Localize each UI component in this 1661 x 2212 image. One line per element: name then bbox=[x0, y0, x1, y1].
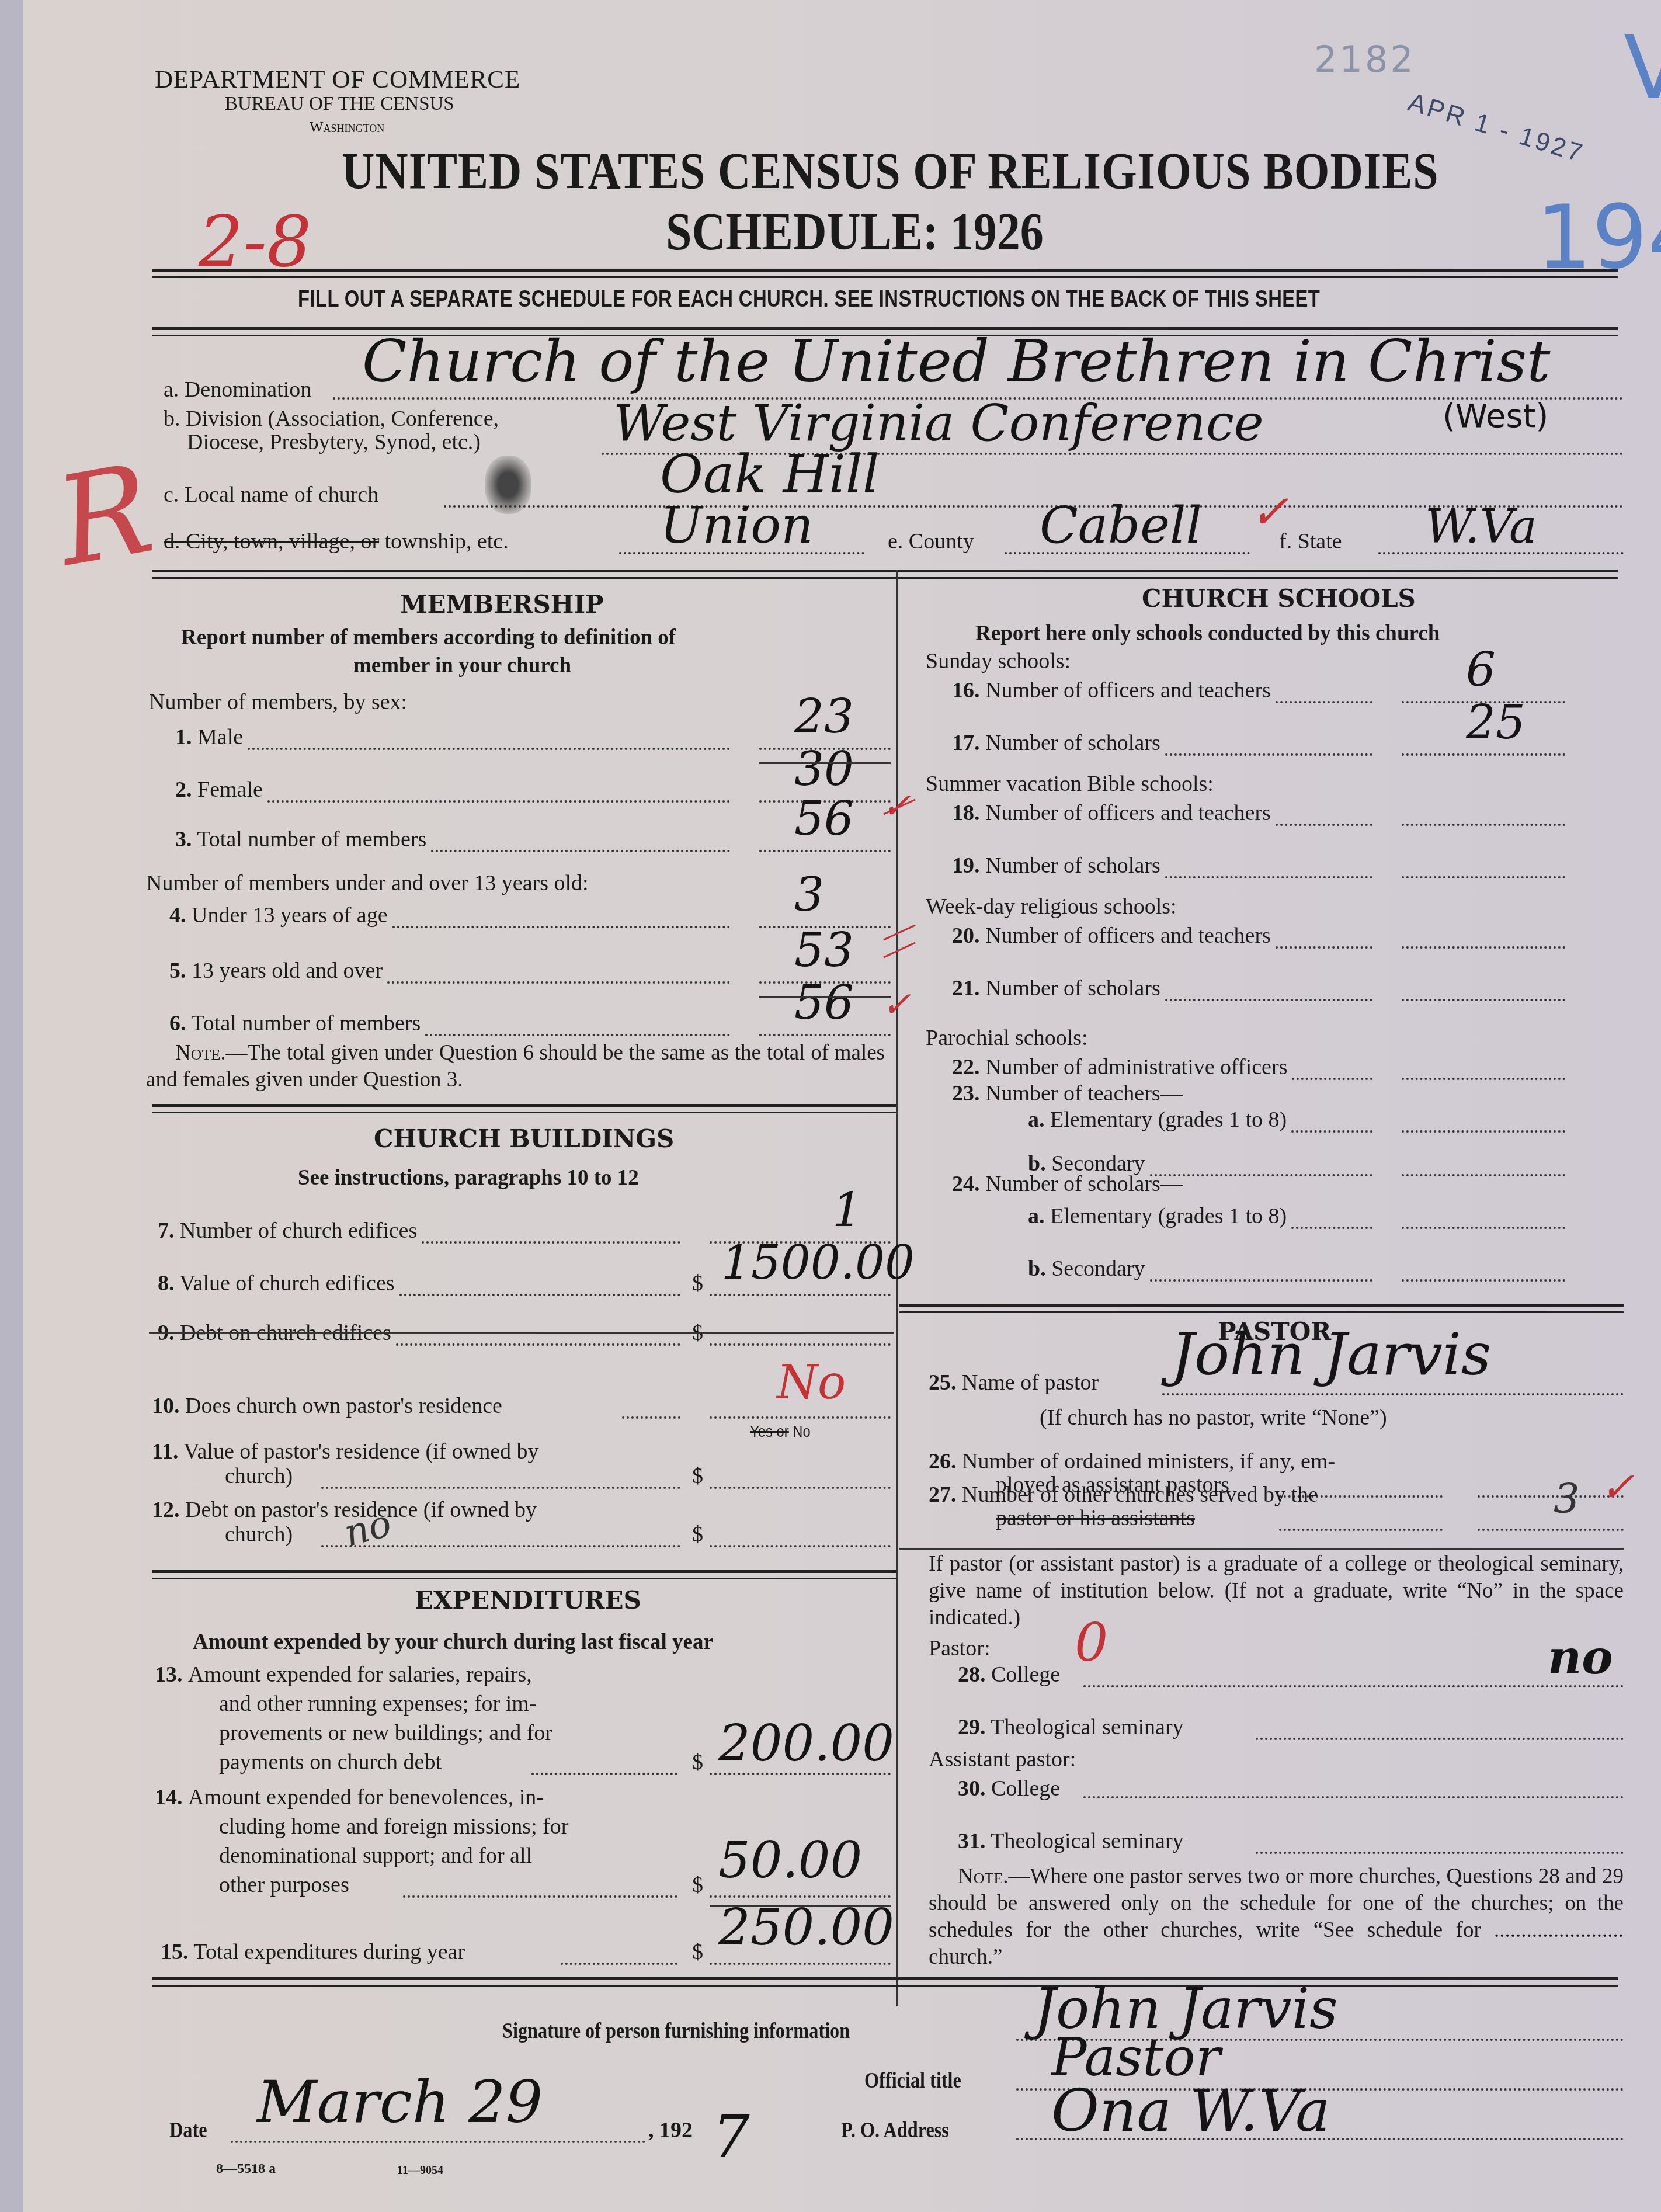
membership-q3-text: Total number of members bbox=[192, 827, 427, 852]
membership-q1-label: 1. Male bbox=[175, 724, 243, 750]
membership-q4-field[interactable]: 3 bbox=[794, 867, 824, 922]
q15-num: 15. bbox=[161, 1940, 189, 1964]
school-q24b-num: b. bbox=[1028, 1256, 1046, 1281]
school-q21-num: 21. bbox=[952, 976, 980, 1001]
membership-note: Note.—The total given under Question 6 s… bbox=[146, 1040, 885, 1093]
q10-hint: Yes or No bbox=[750, 1422, 811, 1441]
form-code: 8—5518 a bbox=[216, 2161, 276, 2177]
school-q16-num: 16. bbox=[952, 678, 980, 703]
q25-text: Name of pastor bbox=[962, 1370, 1099, 1395]
year-field[interactable]: 7 bbox=[713, 2103, 750, 2171]
q11-label-2: church) bbox=[225, 1463, 293, 1489]
school-group-label: Week-day religious schools: bbox=[926, 894, 1177, 919]
school-q16-text: Number of officers and teachers bbox=[980, 678, 1271, 703]
pastor-note-lead: Note. bbox=[958, 1864, 1009, 1888]
membership-q5-text: 13 years old and over bbox=[186, 959, 383, 983]
q11-lead-line bbox=[321, 1487, 680, 1489]
q30-num: 30. bbox=[958, 1776, 986, 1801]
township-label-text: township, etc. bbox=[385, 529, 509, 554]
membership-q2-text: Female bbox=[192, 777, 263, 802]
school-q21-label: 21. Number of scholars bbox=[952, 975, 1160, 1001]
membership-q6-num: 6. bbox=[169, 1011, 186, 1036]
membership-sum-line bbox=[759, 762, 891, 764]
school-q17-label: 17. Number of scholars bbox=[952, 730, 1160, 756]
school-q22-text: Number of administrative officers bbox=[980, 1055, 1288, 1079]
q31-num: 31. bbox=[958, 1829, 986, 1853]
q25-num: 25. bbox=[929, 1370, 957, 1395]
q14-block-line-2: cluding home and foreign missions; for bbox=[219, 1814, 568, 1839]
school-q22-num: 22. bbox=[952, 1055, 980, 1079]
q26-label: 26. Number of ordained ministers, if any… bbox=[929, 1449, 1335, 1474]
q29-num: 29. bbox=[958, 1715, 986, 1739]
q31-text: Theological seminary bbox=[991, 1829, 1183, 1853]
q10-hint-struck: Yes or bbox=[750, 1422, 789, 1440]
school-group-label: Summer vacation Bible schools: bbox=[926, 771, 1214, 797]
q15-text: Total expenditures during year bbox=[193, 1940, 465, 1964]
membership-q4-num: 4. bbox=[169, 903, 186, 928]
membership-q4-label: 4. Under 13 years of age bbox=[169, 902, 388, 928]
buildings-q8-text: Value of church edifices bbox=[175, 1271, 395, 1296]
q15-line bbox=[710, 1963, 891, 1965]
school-q24a-num: a. bbox=[1028, 1204, 1045, 1228]
date-label: Date bbox=[169, 2117, 207, 2143]
buildings-q8-dollar: $ bbox=[692, 1270, 703, 1296]
school-q20-num: 20. bbox=[952, 923, 980, 948]
buildings-q8-num: 8. bbox=[158, 1271, 175, 1296]
q10-text: Does church own pastor's residence bbox=[185, 1394, 502, 1418]
pastor-label: Pastor: bbox=[929, 1635, 991, 1661]
q26-text: Number of ordained ministers, if any, em… bbox=[962, 1449, 1335, 1474]
q15-dollar: $ bbox=[692, 1939, 703, 1965]
q14-line bbox=[710, 1895, 891, 1898]
division-label-2: Diocese, Presbytery, Synod, etc.) bbox=[187, 429, 481, 455]
buildings-bottom-divider bbox=[152, 1570, 896, 1573]
school-q23a-lead-line bbox=[1291, 1130, 1372, 1133]
red-tick-mark bbox=[883, 942, 916, 958]
school-q23b-line bbox=[1402, 1174, 1565, 1176]
signature-label: Signature of person furnishing informati… bbox=[502, 2018, 850, 2044]
q15-lead-line bbox=[561, 1963, 677, 1965]
q30-label: 30. College bbox=[958, 1776, 1060, 1801]
q28-num: 28. bbox=[958, 1662, 986, 1687]
denomination-label: a. Denomination bbox=[164, 377, 311, 402]
q13-field[interactable]: 200.00 bbox=[718, 1714, 894, 1773]
q14-block-num: 14. bbox=[155, 1785, 188, 1810]
school-q24b-label: b. Secondary bbox=[1028, 1256, 1145, 1282]
q10-label: 10. Does church own pastor's residence bbox=[152, 1393, 502, 1419]
footer-divider bbox=[152, 1977, 1618, 1980]
q12-lead-line bbox=[321, 1545, 680, 1547]
membership-q6-lead-line bbox=[425, 1034, 730, 1036]
members-by-age-label: Number of members under and over 13 year… bbox=[146, 870, 589, 896]
school-q19-text: Number of scholars bbox=[980, 853, 1160, 878]
buildings-q7-text: Number of church edifices bbox=[175, 1218, 418, 1243]
membership-heading: MEMBERSHIP bbox=[400, 590, 604, 619]
membership-q5-label: 5. 13 years old and over bbox=[169, 958, 383, 984]
school-q18-lead-line bbox=[1276, 824, 1372, 826]
school-q17-lead-line bbox=[1165, 753, 1372, 756]
school-q24b-line bbox=[1402, 1279, 1565, 1282]
q10-line bbox=[710, 1416, 891, 1419]
membership-q1-field[interactable]: 23 bbox=[794, 689, 854, 744]
school-q17-text: Number of scholars bbox=[980, 731, 1160, 755]
date-field[interactable]: March 29 bbox=[257, 2068, 543, 2136]
school-q18-text: Number of officers and teachers bbox=[980, 801, 1271, 825]
q13-dollar: $ bbox=[692, 1749, 703, 1775]
census-schedule-sheet: DEPARTMENT OF COMMERCE BUREAU OF THE CEN… bbox=[23, 0, 1661, 2212]
q14-block-line-4: other purposes bbox=[219, 1872, 349, 1898]
q13-block-line-4: payments on church debt bbox=[219, 1749, 442, 1775]
bureau-name: BUREAU OF THE CENSUS bbox=[225, 93, 454, 115]
q28-field[interactable]: no bbox=[1548, 1630, 1613, 1685]
q28-text: College bbox=[991, 1662, 1060, 1687]
membership-q2-field[interactable]: 30 bbox=[794, 742, 854, 796]
assistant-pastor-label: Assistant pastor: bbox=[929, 1746, 1076, 1772]
schedule-year: SCHEDULE: 1926 bbox=[666, 202, 1044, 263]
official-title-label: Official title bbox=[864, 2068, 961, 2093]
membership-q2-num: 2. bbox=[175, 777, 192, 802]
schools-divider bbox=[899, 1304, 1624, 1307]
note-text: —The total given under Question 6 should… bbox=[146, 1041, 885, 1092]
blue-handwritten-number: 194 bbox=[1536, 187, 1661, 289]
expenditures-subheading: Amount expended by your church during la… bbox=[193, 1630, 713, 1655]
info-divider bbox=[152, 570, 1618, 572]
township-label-struck: d. City, town, village, or bbox=[164, 529, 379, 554]
membership-q3-field[interactable]: 56 bbox=[794, 791, 854, 846]
po-address-field[interactable]: Ona W.Va bbox=[1051, 2076, 1330, 2145]
pastor-note-text: —Where one pastor serves two or more chu… bbox=[929, 1864, 1624, 1969]
buildings-divider bbox=[149, 1332, 894, 1334]
school-q19-line bbox=[1402, 876, 1565, 878]
membership-q3-num: 3. bbox=[175, 827, 192, 852]
red-r-mark: R bbox=[47, 437, 162, 594]
year-prefix: , 192 bbox=[648, 2117, 693, 2143]
school-q24b-lead-line bbox=[1150, 1279, 1372, 1282]
file-number-stamp: 2182 bbox=[1314, 38, 1416, 81]
school-q21-line bbox=[1402, 999, 1565, 1001]
school-q17-num: 17. bbox=[952, 731, 980, 755]
buildings-q7-num: 7. bbox=[158, 1218, 175, 1243]
membership-q1-lead-line bbox=[248, 748, 730, 750]
buildings-q8-lead-line bbox=[399, 1294, 680, 1296]
parochial-label: Parochial schools: bbox=[926, 1025, 1088, 1051]
blue-check-mark: V bbox=[1624, 18, 1661, 119]
red-check-icon-q27: ✓ bbox=[1600, 1463, 1635, 1511]
school-q20-label: 20. Number of officers and teachers bbox=[952, 923, 1271, 949]
county-label: e. County bbox=[888, 529, 974, 554]
school-q22-lead-line bbox=[1292, 1078, 1372, 1080]
q13-block-num: 13. bbox=[155, 1662, 188, 1687]
buildings-q9-lead-line bbox=[396, 1343, 680, 1346]
state-field[interactable]: W.Va bbox=[1425, 499, 1537, 554]
q14-block-line-3: denominational support; and for all bbox=[219, 1843, 532, 1869]
q11-label: 11. Value of pastor's residence (if owne… bbox=[152, 1439, 539, 1464]
school-q23-label: 23. Number of teachers— bbox=[952, 1081, 1183, 1106]
school-q19-num: 19. bbox=[952, 853, 980, 878]
division-label: b. Division (Association, Conference, bbox=[164, 406, 499, 432]
membership-q6-field[interactable]: 56 bbox=[794, 975, 854, 1030]
school-q18-label: 18. Number of officers and teachers bbox=[952, 800, 1271, 826]
q13-lead-line bbox=[531, 1773, 677, 1775]
church-schools-subheading: Report here only schools conducted by th… bbox=[975, 621, 1440, 646]
school-q18-line bbox=[1402, 824, 1565, 826]
q30-text: College bbox=[991, 1776, 1060, 1801]
school-q16-label: 16. Number of officers and teachers bbox=[952, 678, 1271, 703]
red-check-icon: ✓ bbox=[882, 984, 911, 1025]
membership-q6-line bbox=[759, 1034, 891, 1036]
q14-dollar: $ bbox=[692, 1872, 703, 1898]
school-q19-lead-line bbox=[1165, 876, 1372, 878]
school-q20-lead-line bbox=[1276, 946, 1372, 949]
q27-label-line1: 27. Number of other churches served by t… bbox=[929, 1482, 1318, 1508]
township-field[interactable]: Union bbox=[660, 496, 814, 555]
state-label: f. State bbox=[1279, 529, 1342, 554]
city-name: Washington bbox=[310, 120, 384, 136]
membership-q2-lead-line bbox=[267, 800, 730, 803]
church-schools-heading: CHURCH SCHOOLS bbox=[1142, 584, 1416, 613]
school-q24b-text: Secondary bbox=[1046, 1256, 1145, 1281]
school-q16-field[interactable]: 6 bbox=[1466, 643, 1496, 697]
school-q21-lead-line bbox=[1165, 999, 1372, 1001]
buildings-q9-line bbox=[710, 1343, 891, 1346]
q11-num: 11. bbox=[152, 1439, 178, 1464]
q25-line bbox=[1162, 1393, 1624, 1395]
membership-sum-line bbox=[759, 996, 891, 998]
q27-lead-line bbox=[1279, 1529, 1443, 1531]
po-address-label: P. O. Address bbox=[841, 2117, 949, 2143]
school-q23a-num: a. bbox=[1028, 1107, 1045, 1132]
school-q24-label: 24. Number of scholars— bbox=[952, 1171, 1183, 1197]
q10-num: 10. bbox=[152, 1394, 180, 1418]
school-q19-label: 19. Number of scholars bbox=[952, 853, 1160, 878]
church-buildings-heading: CHURCH BUILDINGS bbox=[374, 1124, 674, 1153]
q25-field[interactable]: John Jarvis bbox=[1171, 1320, 1491, 1388]
q14-lead-line bbox=[403, 1895, 677, 1898]
q12-num: 12. bbox=[152, 1498, 180, 1522]
q11-dollar: $ bbox=[692, 1463, 703, 1489]
school-q22-label: 22. Number of administrative officers bbox=[952, 1054, 1287, 1080]
buildings-q7-lead-line bbox=[422, 1241, 680, 1244]
date-line bbox=[231, 2141, 645, 2143]
pastor-note: Note.—Where one pastor serves two or mor… bbox=[929, 1863, 1624, 1971]
buildings-q8-line bbox=[710, 1294, 891, 1296]
print-code: 11—9054 bbox=[397, 2164, 443, 2178]
expenditures-heading: EXPENDITURES bbox=[415, 1586, 641, 1614]
membership-q4-text: Under 13 years of age bbox=[186, 903, 388, 928]
membership-q5-lead-line bbox=[387, 981, 730, 984]
q12-dollar: $ bbox=[692, 1522, 703, 1547]
q15-label: 15. Total expenditures during year bbox=[161, 1939, 465, 1965]
membership-subheading-2: member in your church bbox=[353, 653, 571, 678]
q11-field bbox=[710, 1487, 891, 1489]
buildings-q7-label: 7. Number of church edifices bbox=[158, 1218, 417, 1244]
q27-text: Number of other churches served by the bbox=[962, 1482, 1318, 1507]
red-circle-mark: 0 bbox=[1075, 1612, 1108, 1673]
division-note: (West) bbox=[1443, 397, 1548, 435]
q27-num: 27. bbox=[929, 1482, 957, 1507]
school-q21-text: Number of scholars bbox=[980, 976, 1160, 1001]
membership-q1-text: Male bbox=[192, 725, 244, 749]
q12-field bbox=[710, 1545, 891, 1547]
q11-text: Value of pastor's residence (if owned by bbox=[183, 1439, 538, 1464]
membership-q6-text: Total number of members bbox=[186, 1011, 421, 1036]
q27-line bbox=[1478, 1529, 1624, 1531]
q10-hint-no: No bbox=[793, 1422, 810, 1440]
q15-field[interactable]: 250.00 bbox=[718, 1898, 894, 1957]
school-q23b-lead-line bbox=[1150, 1174, 1372, 1176]
school-q17-line bbox=[1402, 753, 1565, 756]
membership-divider bbox=[152, 1104, 896, 1107]
q25-label: 25. Name of pastor bbox=[929, 1370, 1099, 1395]
membership-q4-lead-line bbox=[392, 926, 730, 928]
school-q24a-text: Elementary (grades 1 to 8) bbox=[1045, 1204, 1287, 1228]
q26-num: 26. bbox=[929, 1449, 957, 1474]
membership-q2-label: 2. Female bbox=[175, 777, 263, 803]
q30-field bbox=[1083, 1796, 1624, 1798]
q25-hint: (If church has no pastor, write “None”) bbox=[1040, 1405, 1387, 1430]
pastor-divider bbox=[899, 1548, 1624, 1550]
school-group-label: Sunday schools: bbox=[926, 648, 1071, 674]
q28-label: 28. College bbox=[958, 1662, 1060, 1687]
school-q18-num: 18. bbox=[952, 801, 980, 825]
school-q24a-label: a. Elementary (grades 1 to 8) bbox=[1028, 1203, 1287, 1229]
school-q24a-lead-line bbox=[1291, 1227, 1372, 1229]
q13-block-line-1: 13. Amount expended for salaries, repair… bbox=[155, 1662, 532, 1687]
q10-field[interactable]: No bbox=[777, 1355, 846, 1409]
form-title: UNITED STATES CENSUS OF RELIGIOUS BODIES bbox=[342, 140, 1439, 201]
school-q16-lead-line bbox=[1276, 701, 1372, 703]
q31-label: 31. Theological seminary bbox=[958, 1828, 1184, 1854]
local-name-label: c. Local name of church bbox=[164, 482, 378, 508]
school-q23a-label: a. Elementary (grades 1 to 8) bbox=[1028, 1107, 1287, 1133]
q14-block-line-1: 14. Amount expended for benevolences, in… bbox=[155, 1784, 544, 1810]
buildings-q8-label: 8. Value of church edifices bbox=[158, 1270, 395, 1296]
school-q17-field[interactable]: 25 bbox=[1466, 695, 1526, 749]
membership-q3-label: 3. Total number of members bbox=[175, 827, 426, 852]
school-q23a-text: Elementary (grades 1 to 8) bbox=[1045, 1107, 1287, 1132]
school-q22-line bbox=[1402, 1078, 1565, 1080]
header-divider bbox=[152, 269, 1618, 272]
education-intro: If pastor (or assistant pastor) is a gra… bbox=[929, 1551, 1624, 1631]
fill-out-instruction: FILL OUT A SEPARATE SCHEDULE FOR EACH CH… bbox=[298, 286, 1320, 312]
q31-field bbox=[1256, 1852, 1624, 1854]
school-q24a-line bbox=[1402, 1227, 1565, 1229]
church-buildings-subheading: See instructions, paragraphs 10 to 12 bbox=[298, 1165, 639, 1190]
q13-line bbox=[710, 1773, 891, 1775]
q12-label-2: church) bbox=[225, 1522, 293, 1547]
q13-block-line-2: and other running expenses; for im- bbox=[219, 1691, 536, 1717]
q29-text: Theological seminary bbox=[991, 1715, 1183, 1739]
membership-q1-num: 1. bbox=[175, 725, 192, 749]
buildings-q7-field[interactable]: 1 bbox=[832, 1183, 862, 1237]
q28-line bbox=[1083, 1685, 1624, 1687]
q27-label-2: pastor or his assistants bbox=[996, 1505, 1195, 1531]
members-by-sex-label: Number of members, by sex: bbox=[149, 689, 407, 715]
q29-field bbox=[1256, 1738, 1624, 1740]
q10-lead-line bbox=[622, 1416, 680, 1419]
q29-label: 29. Theological seminary bbox=[958, 1714, 1184, 1740]
school-q23a-line bbox=[1402, 1130, 1565, 1133]
q27-field[interactable]: 3 bbox=[1554, 1475, 1580, 1523]
membership-q5-field[interactable]: 53 bbox=[794, 923, 854, 977]
membership-q5-num: 5. bbox=[169, 959, 186, 983]
township-label: d. City, town, village, or township, etc… bbox=[164, 529, 509, 554]
membership-subheading-1: Report number of members according to de… bbox=[181, 625, 676, 650]
q13-block-line-3: provements or new buildings; and for bbox=[219, 1720, 552, 1746]
school-q20-text: Number of officers and teachers bbox=[980, 923, 1271, 948]
q14-field[interactable]: 50.00 bbox=[718, 1831, 862, 1890]
department-name: DEPARTMENT OF COMMERCE bbox=[155, 65, 520, 94]
note-lead: Note. bbox=[175, 1041, 226, 1065]
buildings-q8-field[interactable]: 1500.00 bbox=[721, 1235, 915, 1290]
denomination-field[interactable]: Church of the United Brethren in Christ bbox=[362, 327, 1550, 395]
membership-q6-label: 6. Total number of members bbox=[169, 1010, 421, 1036]
school-q20-line bbox=[1402, 946, 1565, 949]
membership-q3-line bbox=[759, 850, 891, 852]
county-field[interactable]: Cabell bbox=[1040, 496, 1202, 555]
membership-q3-lead-line bbox=[431, 850, 730, 852]
red-check-icon: ✓ bbox=[882, 786, 911, 827]
